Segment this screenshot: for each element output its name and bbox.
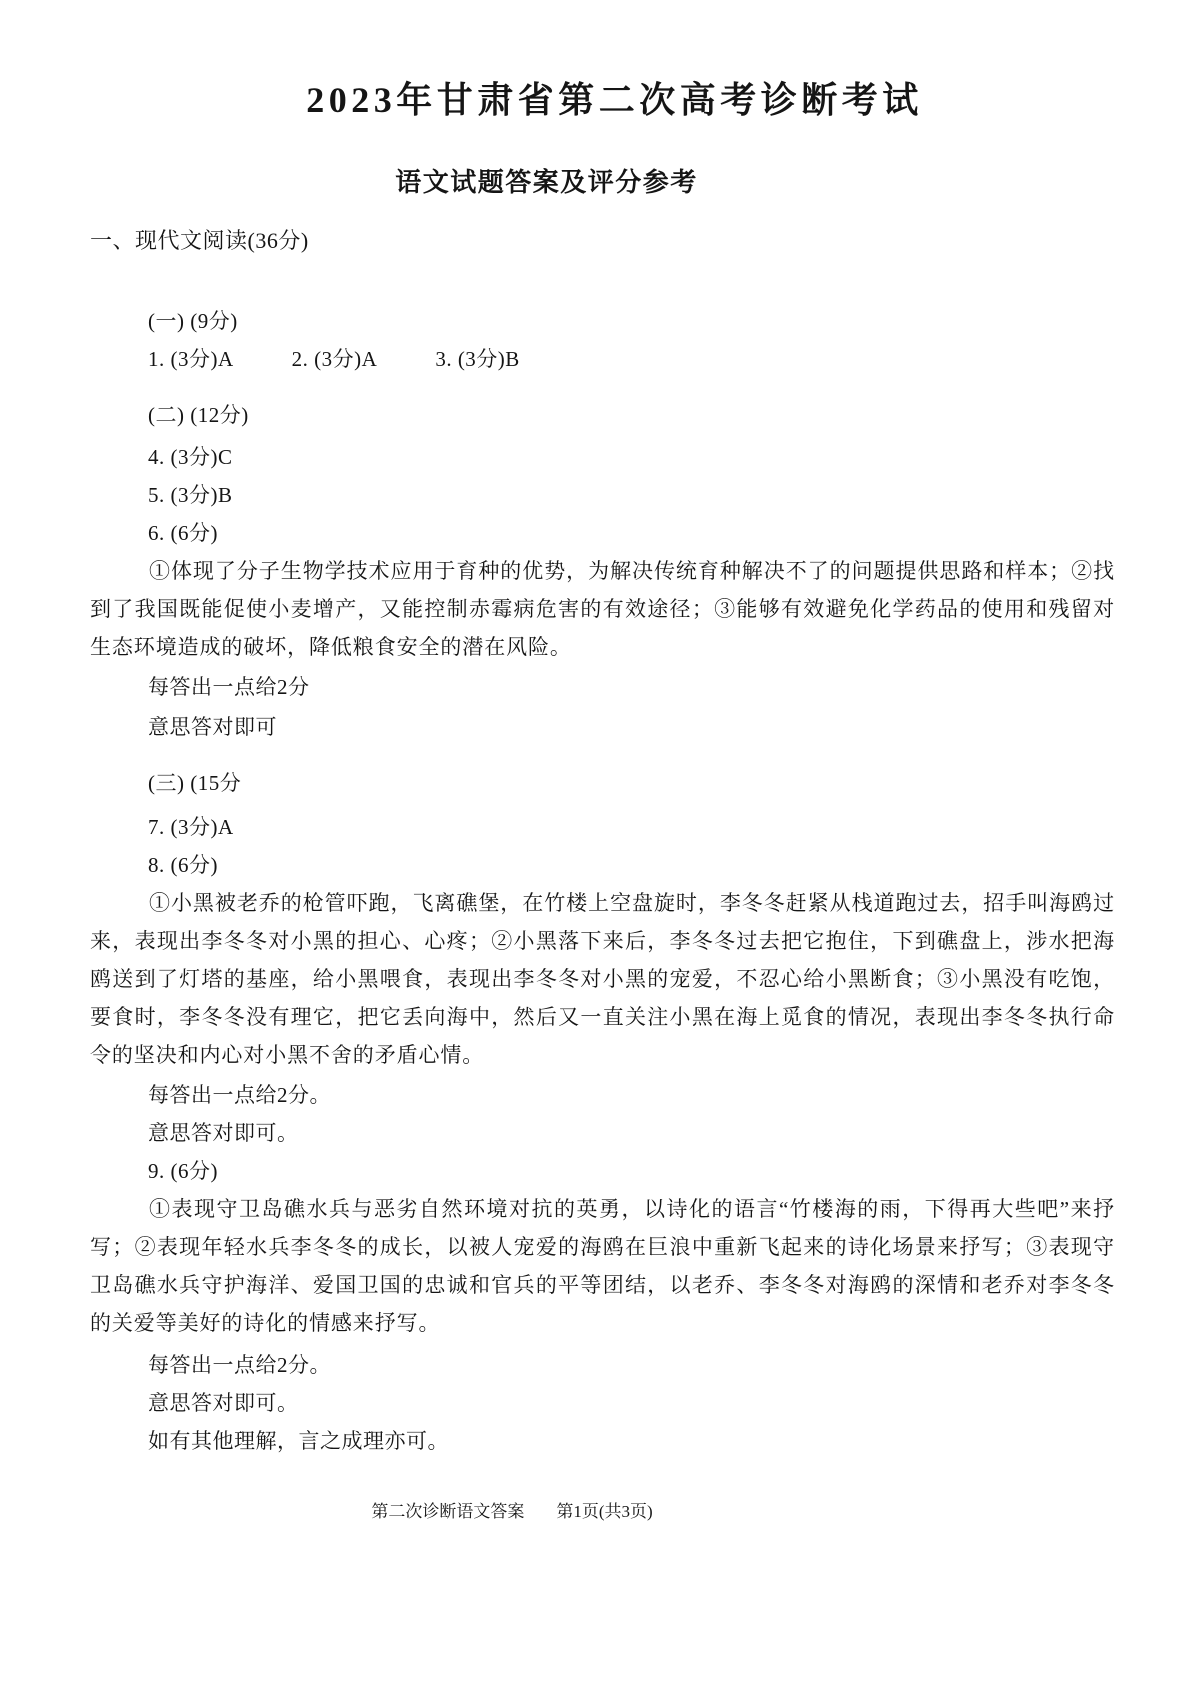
footer-page-number: 第1页(共3页) [556, 1502, 652, 1521]
question-8-note-meaning: 意思答对即可。 [90, 1114, 1115, 1152]
exam-title: 2023年甘肃省第二次高考诊断考试 [102, 78, 1127, 122]
question-9-answer: ①表现守卫岛礁水兵与恶劣自然环境对抗的英勇，以诗化的语言“竹楼海的雨，下得再大些… [90, 1190, 1115, 1342]
answer-row: 1. (3分)A 2. (3分)A 3. (3分)B [90, 340, 1115, 378]
question-9-score: 9. (6分) [90, 1152, 1115, 1190]
footer-doc-name: 第二次诊断语文答案 [371, 1502, 524, 1521]
answer-1: 1. (3分)A [148, 340, 234, 378]
page-footer: 第二次诊断语文答案第1页(共3页) [0, 1498, 1112, 1526]
document-body: 一、现代文阅读(36分) (一) (9分) 1. (3分)A 2. (3分)A … [90, 222, 1115, 1460]
part-2-heading: (二) (12分) [90, 396, 1115, 434]
part-3-heading: (三) (15分 [90, 764, 1115, 802]
question-6-note-meaning: 意思答对即可 [90, 708, 1115, 746]
question-8-score: 8. (6分) [90, 846, 1115, 884]
document-page: 2023年甘肃省第二次高考诊断考试 语文试题答案及评分参考 一、现代文阅读(36… [0, 0, 1200, 1699]
question-9-note-other: 如有其他理解，言之成理亦可。 [90, 1422, 1115, 1460]
answer-7: 7. (3分)A [90, 808, 1115, 846]
part-1-heading: (一) (9分) [90, 302, 1115, 340]
question-6-score: 6. (6分) [90, 514, 1115, 552]
question-6-answer: ①体现了分子生物学技术应用于育种的优势，为解决传统育种解决不了的问题提供思路和样… [90, 552, 1115, 666]
question-6-note-scoring: 每答出一点给2分 [90, 668, 1115, 706]
question-8-answer: ①小黑被老乔的枪管吓跑，飞离礁堡，在竹楼上空盘旋时，李冬冬赶紧从栈道跑过去，招手… [90, 884, 1115, 1074]
answer-5: 5. (3分)B [90, 476, 1115, 514]
question-9-note-meaning: 意思答对即可。 [90, 1384, 1115, 1422]
exam-subtitle: 语文试题答案及评分参考 [34, 166, 1059, 200]
answer-4: 4. (3分)C [90, 438, 1115, 476]
section-1-heading: 一、现代文阅读(36分) [90, 222, 1115, 260]
question-8-note-scoring: 每答出一点给2分。 [90, 1076, 1115, 1114]
answer-2: 2. (3分)A [292, 340, 378, 378]
question-9-note-scoring: 每答出一点给2分。 [90, 1346, 1115, 1384]
answer-3: 3. (3分)B [435, 340, 520, 378]
